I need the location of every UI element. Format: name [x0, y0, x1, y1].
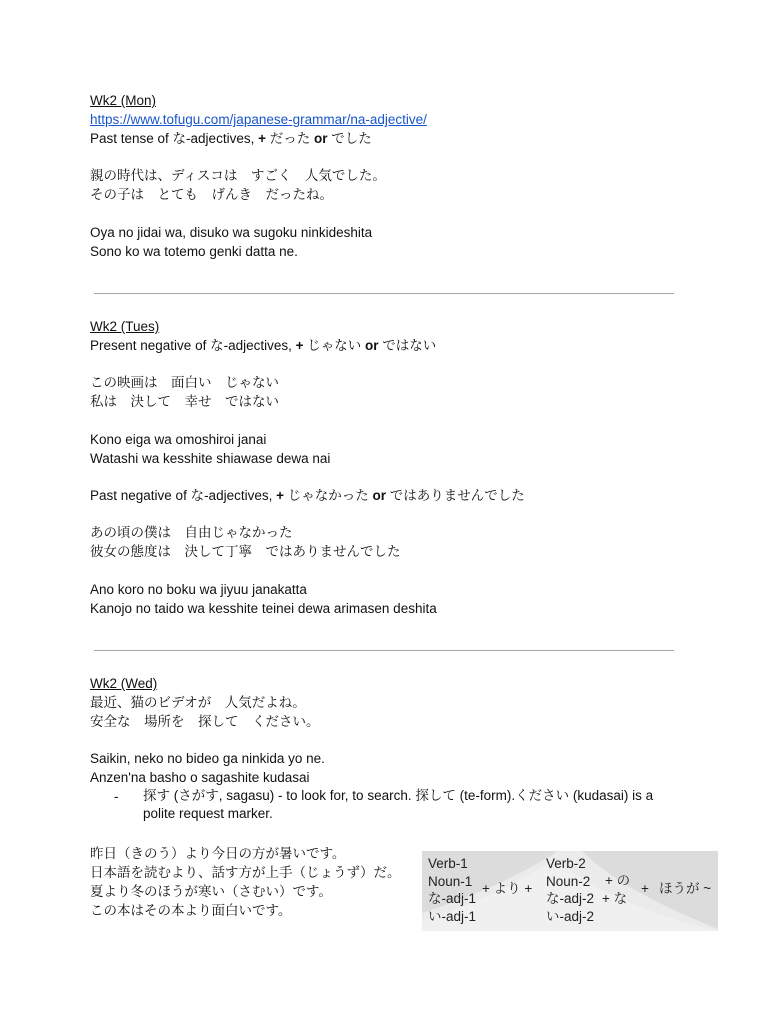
bullet-marker: - [114, 787, 119, 806]
diagram-col2: Verb-2 Noun-2 な-adj-2 い-adj-2 [546, 855, 594, 925]
romaji-example: Saikin, neko no bideo ga ninkida yo ne. [90, 749, 325, 768]
tofugu-link[interactable]: https://www.tofugu.com/japanese-grammar/… [90, 110, 427, 129]
japanese-example: 私は 決して 幸せ ではない [90, 392, 279, 411]
romaji-example: Ano koro no boku wa jiyuu janakatta [90, 580, 307, 599]
romaji-example: Kono eiga wa omoshiroi janai [90, 430, 266, 449]
diagram-plus: + [641, 880, 649, 898]
grammar-rule-present-negative: Present negative of な-adjectives, + じゃない… [90, 336, 436, 355]
japanese-example: 親の時代は、ディスコは すごく 人気でした。 [90, 166, 386, 185]
bullet-note: 探す (さがす, sagasu) - to look for, to searc… [143, 787, 688, 823]
japanese-example: この映画は 面白い じゃない [90, 373, 279, 392]
romaji-example: Watashi wa kesshite shiawase dewa nai [90, 449, 330, 468]
section-heading-mon: Wk2 (Mon) [90, 91, 156, 110]
japanese-example: 最近、猫のビデオが 人気だよね。 [90, 693, 306, 712]
grammar-rule-past-tense: Past tense of な-adjectives, + だった or でした [90, 129, 372, 148]
japanese-example: 安全な 場所を 探して ください。 [90, 712, 320, 731]
japanese-example: 彼女の態度は 決して丁寧 ではありませんでした [90, 542, 401, 561]
comparison-example: この本はその本より面白いです。 [90, 901, 291, 920]
diagram-yori: + より + [482, 880, 532, 898]
diagram-houga: ほうが ~ [659, 880, 711, 898]
comparison-example: 夏より冬のほうが寒い（さむい）です。 [90, 882, 332, 901]
diagram-no: + の [605, 872, 630, 890]
japanese-example: あの頃の僕は 自由じゃなかった [90, 523, 293, 542]
section-heading-wed: Wk2 (Wed) [90, 674, 157, 693]
romaji-example: Kanojo no taido wa kesshite teinei dewa … [90, 599, 437, 618]
horizontal-divider [94, 293, 674, 294]
horizontal-divider [94, 650, 674, 651]
section-heading-tues: Wk2 (Tues) [90, 317, 159, 336]
romaji-example: Anzen'na basho o sagashite kudasai [90, 768, 310, 787]
romaji-example: Sono ko wa totemo genki datta ne. [90, 242, 298, 261]
comparison-example: 昨日（きのう）より今日の方が暑いです。 [90, 844, 345, 863]
grammar-rule-past-negative: Past negative of な-adjectives, + じゃなかった … [90, 486, 525, 505]
japanese-example: その子は とても げんき だったね。 [90, 185, 333, 204]
comparison-example: 日本語を読むより、話す方が上手（じょうず）だ。 [90, 863, 401, 882]
diagram-col1: Verb-1 Noun-1 な-adj-1 い-adj-1 [428, 855, 476, 925]
romaji-example: Oya no jidai wa, disuko wa sugoku ninkid… [90, 223, 372, 242]
diagram-na: + な [602, 890, 627, 908]
yori-hougaa-grammar-diagram: Verb-1 Noun-1 な-adj-1 い-adj-1 + より + Ver… [422, 851, 718, 931]
